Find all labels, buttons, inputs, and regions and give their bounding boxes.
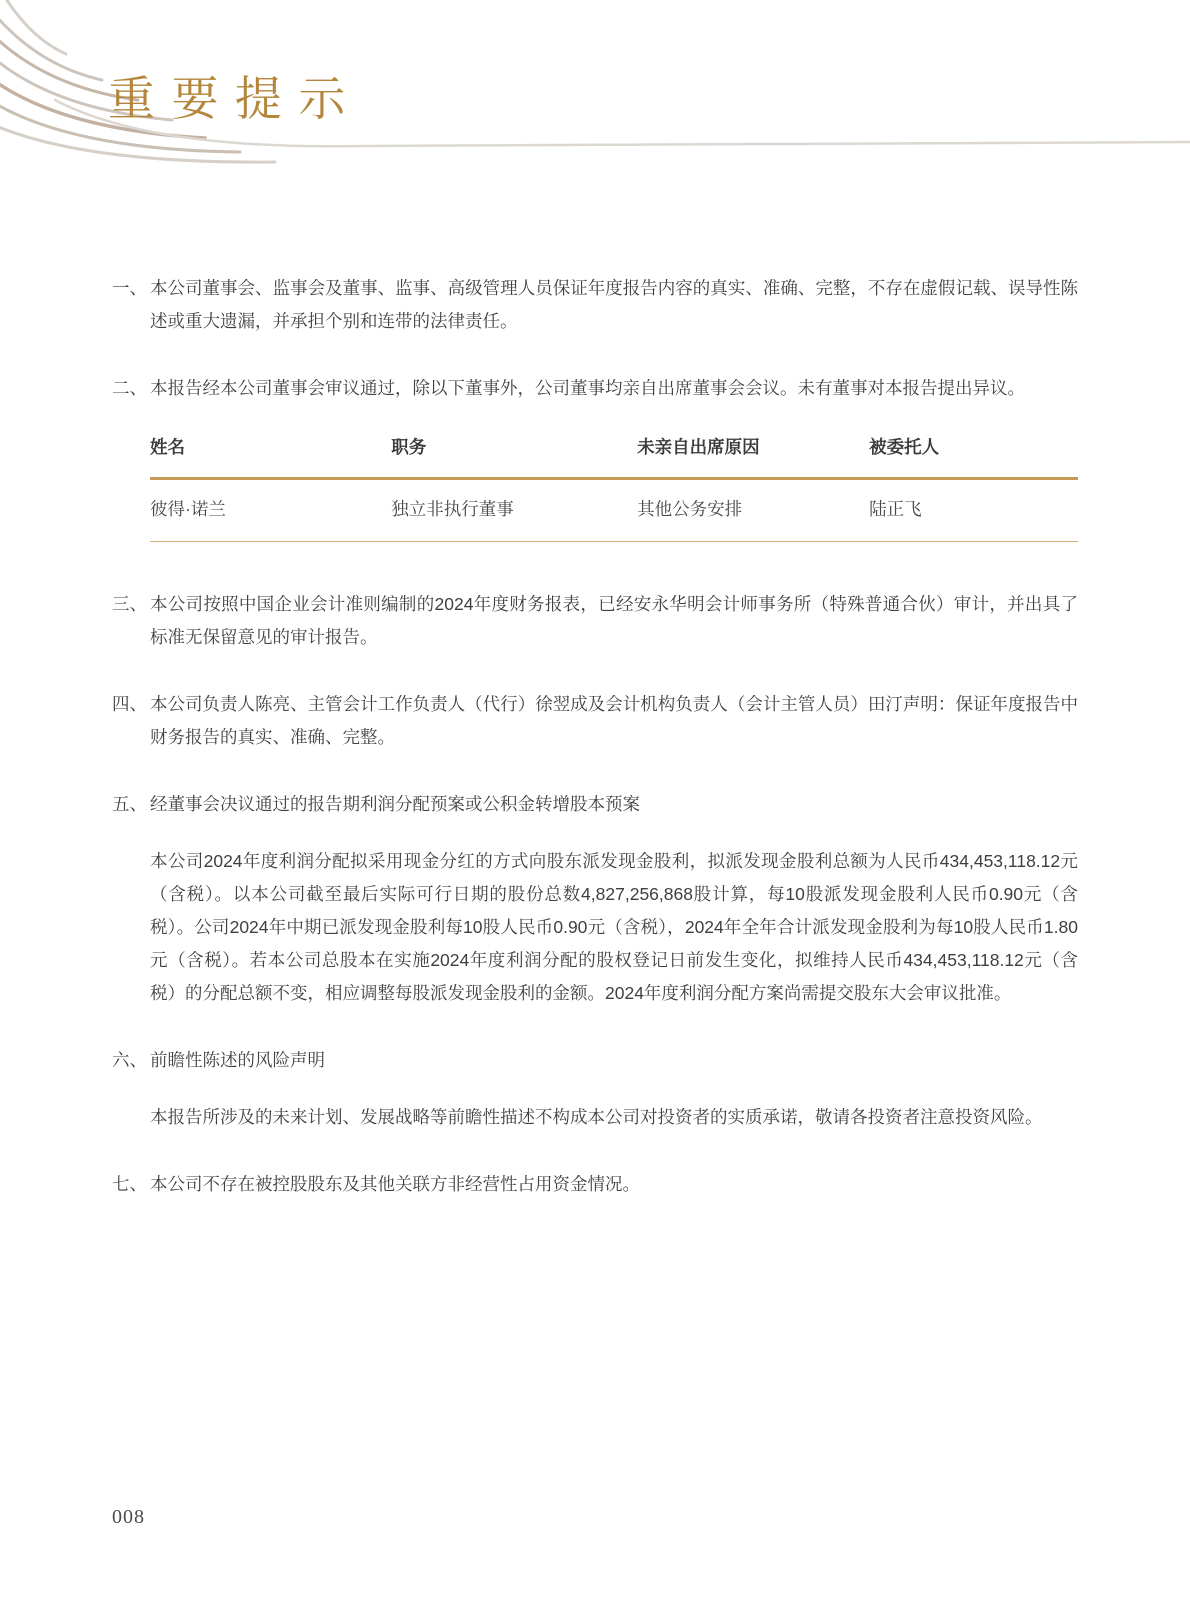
section-number: 六、 (112, 1044, 150, 1134)
content: 一、 本公司董事会、监事会及董事、监事、高级管理人员保证年度报告内容的真实、准确… (112, 272, 1078, 1235)
section-text: 本公司不存在被控股股东及其他关联方非经营性占用资金情况。 (150, 1168, 1078, 1201)
section-6: 六、 前瞻性陈述的风险声明 本报告所涉及的未来计划、发展战略等前瞻性描述不构成本… (112, 1044, 1078, 1134)
cell-position: 独立非执行董事 (391, 479, 637, 542)
section-4: 四、 本公司负责人陈亮、主管会计工作负责人（代行）徐翌成及会计机构负责人（会计主… (112, 688, 1078, 754)
section-number: 五、 (112, 788, 150, 1010)
cell-name: 彼得·诺兰 (150, 479, 391, 542)
section-text: 本公司董事会、监事会及董事、监事、高级管理人员保证年度报告内容的真实、准确、完整… (150, 272, 1078, 338)
section-text: 本公司负责人陈亮、主管会计工作负责人（代行）徐翌成及会计机构负责人（会计主管人员… (150, 688, 1078, 754)
section-text: 本报告经本公司董事会审议通过，除以下董事外，公司董事均亲自出席董事会会议。未有董… (150, 372, 1078, 405)
section-3: 三、 本公司按照中国企业会计准则编制的2024年度财务报表，已经安永华明会计师事… (112, 588, 1078, 654)
section-number: 一、 (112, 272, 150, 338)
section-text: 本公司按照中国企业会计准则编制的2024年度财务报表，已经安永华明会计师事务所（… (150, 588, 1078, 654)
section-5: 五、 经董事会决议通过的报告期利润分配预案或公积金转增股本预案 本公司2024年… (112, 788, 1078, 1010)
page-footer: 008 (112, 1506, 145, 1529)
section-number: 七、 (112, 1168, 150, 1201)
table-row: 彼得·诺兰 独立非执行董事 其他公务安排 陆正飞 (150, 479, 1078, 542)
section-number: 四、 (112, 688, 150, 754)
report-page: 重要提示 一、 本公司董事会、监事会及董事、监事、高级管理人员保证年度报告内容的… (0, 0, 1190, 1615)
page-number: 008 (112, 1506, 145, 1528)
absent-directors-table: 姓名 职务 未亲自出席原因 被委托人 彼得·诺兰 独立非执行董事 其他公务安排 … (150, 423, 1078, 542)
section-1: 一、 本公司董事会、监事会及董事、监事、高级管理人员保证年度报告内容的真实、准确… (112, 272, 1078, 338)
column-header-proxy: 被委托人 (869, 423, 1078, 479)
cell-proxy: 陆正飞 (869, 479, 1078, 542)
column-header-name: 姓名 (150, 423, 391, 479)
column-header-position: 职务 (391, 423, 637, 479)
section-text: 前瞻性陈述的风险声明 (150, 1044, 1078, 1077)
section-detail: 本公司2024年度利润分配拟采用现金分红的方式向股东派发现金股利，拟派发现金股利… (150, 845, 1078, 1010)
column-header-absence-reason: 未亲自出席原因 (637, 423, 869, 479)
section-number: 三、 (112, 588, 150, 654)
cell-absence-reason: 其他公务安排 (637, 479, 869, 542)
section-detail: 本报告所涉及的未来计划、发展战略等前瞻性描述不构成本公司对投资者的实质承诺，敬请… (150, 1101, 1078, 1134)
section-number: 二、 (112, 372, 150, 554)
section-2: 二、 本报告经本公司董事会审议通过，除以下董事外，公司董事均亲自出席董事会会议。… (112, 372, 1078, 554)
section-text: 经董事会决议通过的报告期利润分配预案或公积金转增股本预案 (150, 788, 1078, 821)
section-7: 七、 本公司不存在被控股股东及其他关联方非经营性占用资金情况。 (112, 1168, 1078, 1201)
table-header-row: 姓名 职务 未亲自出席原因 被委托人 (150, 423, 1078, 479)
page-title: 重要提示 (108, 62, 362, 129)
